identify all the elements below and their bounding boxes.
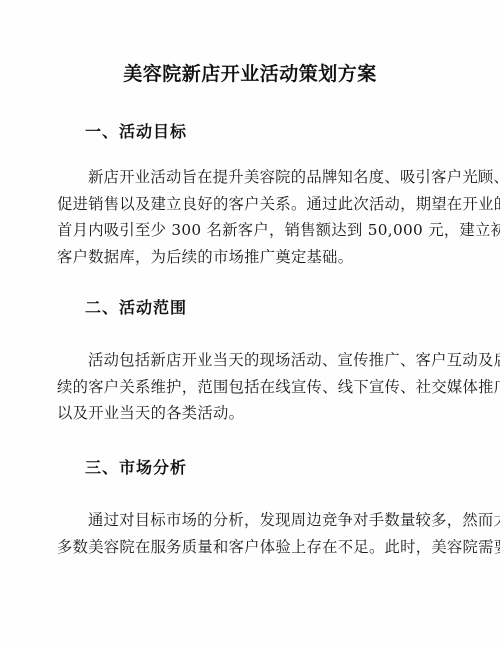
- paragraph-line: 新店开业活动旨在提升美容院的品牌知名度、吸引客户光顾、: [57, 164, 441, 191]
- paragraph-line: 首月内吸引至少 300 名新客户，销售额达到 50,000 元，建立初步的: [57, 217, 441, 244]
- paragraph-line: 通过对目标市场的分析，发现周边竞争对手数量较多，然而大: [57, 507, 441, 534]
- section-body-goals: 新店开业活动旨在提升美容院的品牌知名度、吸引客户光顾、 促进销售以及建立良好的客…: [57, 164, 441, 270]
- document-page: 美容院新店开业活动策划方案 一、活动目标 新店开业活动旨在提升美容院的品牌知名度…: [0, 0, 500, 647]
- paragraph-line: 多数美容院在服务质量和客户体验上存在不足。此时，美容院需要: [57, 534, 441, 561]
- section-heading-market-analysis: 三、市场分析: [85, 456, 187, 480]
- section-heading-goals: 一、活动目标: [85, 120, 187, 144]
- section-body-market-analysis: 通过对目标市场的分析，发现周边竞争对手数量较多，然而大 多数美容院在服务质量和客…: [57, 507, 441, 560]
- paragraph-line: 续的客户关系维护，范围包括在线宣传、线下宣传、社交媒体推广: [57, 374, 441, 401]
- section-body-scope: 活动包括新店开业当天的现场活动、宣传推广、客户互动及后 续的客户关系维护，范围包…: [57, 347, 441, 427]
- paragraph-line: 以及开业当天的各类活动。: [57, 400, 441, 427]
- section-heading-scope: 二、活动范围: [85, 296, 187, 320]
- paragraph-line: 活动包括新店开业当天的现场活动、宣传推广、客户互动及后: [57, 347, 441, 374]
- paragraph-line: 客户数据库，为后续的市场推广奠定基础。: [57, 244, 441, 271]
- paragraph-line: 促进销售以及建立良好的客户关系。通过此次活动，期望在开业的: [57, 191, 441, 218]
- document-title: 美容院新店开业活动策划方案: [0, 60, 500, 88]
